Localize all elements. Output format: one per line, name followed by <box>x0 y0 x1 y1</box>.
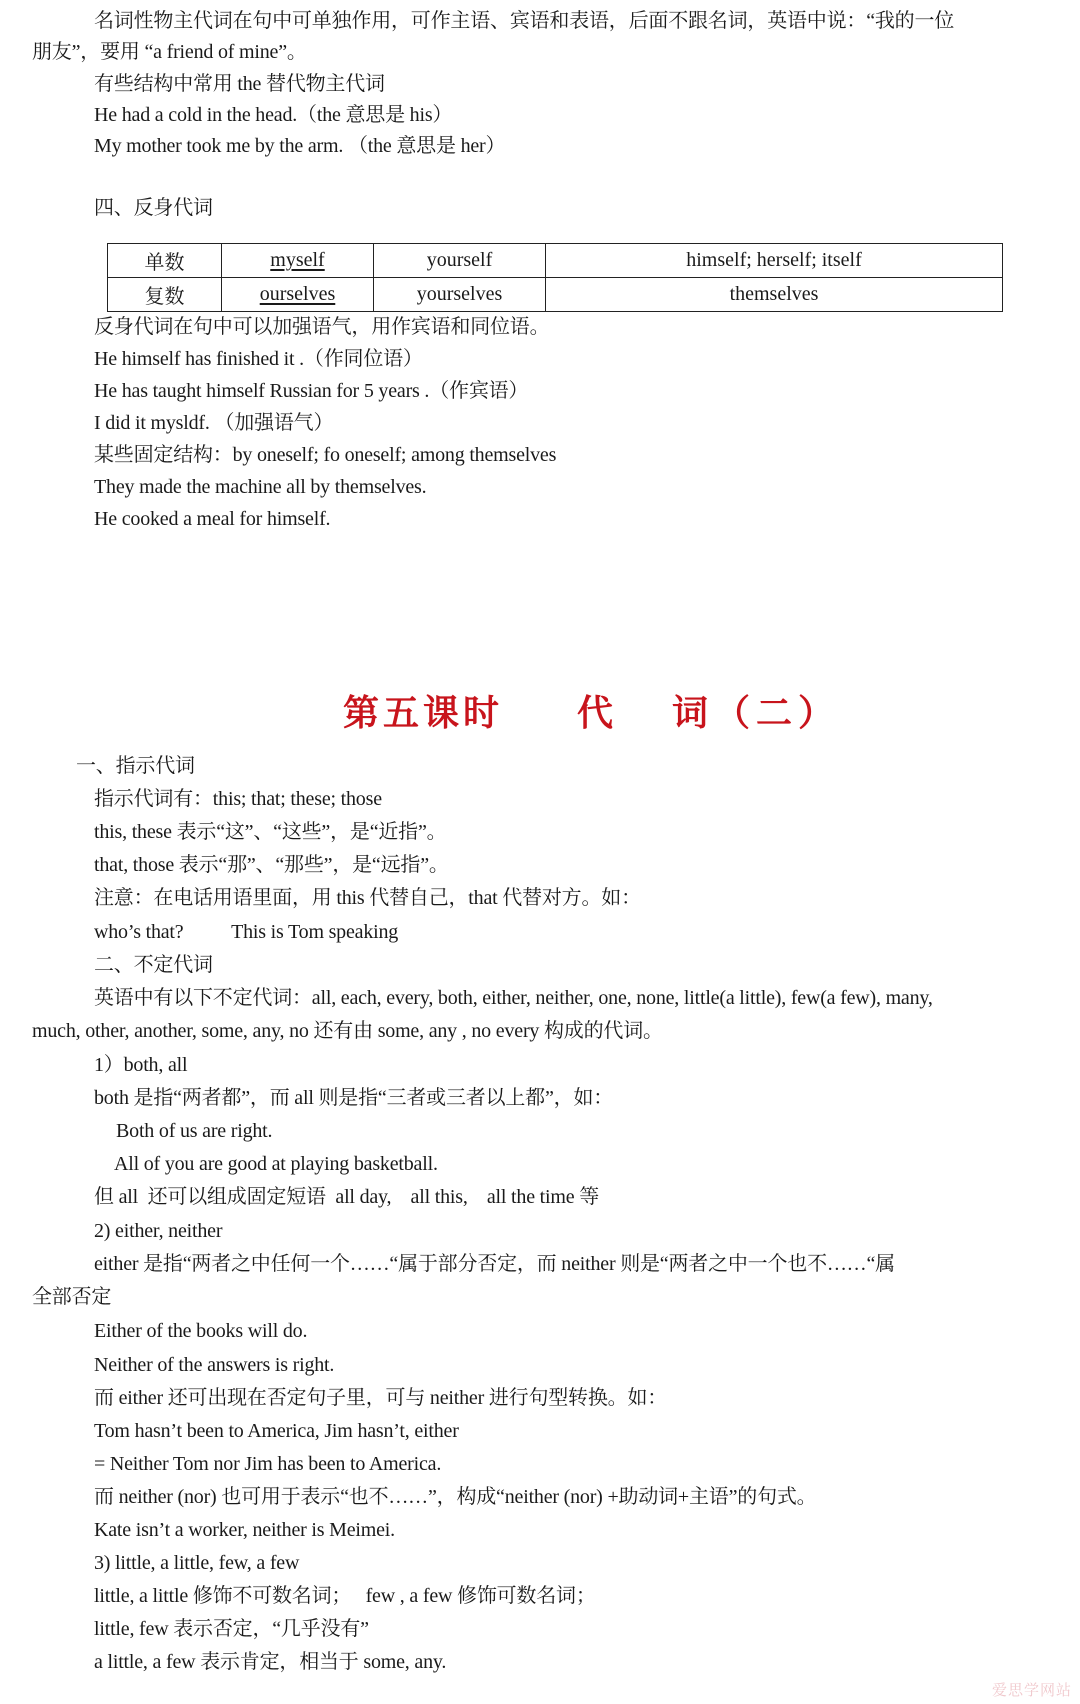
row-label: 复数 <box>108 278 222 312</box>
reflexive-heading: 四、反身代词 <box>94 195 213 221</box>
reflexive-line: 反身代词在句中可以加强语气，用作宾语和同位语。 <box>94 314 549 340</box>
little-few-line: little, few 表示否定，“几乎没有” <box>94 1616 369 1642</box>
indefinite-intro-line2: much, other, another, some, any, no 还有由 … <box>32 1018 663 1044</box>
example-sentence: He had a cold in the head.（the 意思是 his） <box>94 102 452 128</box>
table-cell: yourselves <box>374 278 546 312</box>
table-row-singular: 单数 myself yourself himself; herself; its… <box>108 244 1003 278</box>
reflexive-pronoun-table: 单数 myself yourself himself; herself; its… <box>107 243 1003 312</box>
table-row-plural: 复数 ourselves yourselves themselves <box>108 278 1003 312</box>
table-cell: yourself <box>374 244 546 278</box>
table-cell: themselves <box>546 278 1003 312</box>
demonstrative-line: 注意：在电话用语里面，用 this 代替自己，that 代替对方。如： <box>94 885 641 911</box>
table-cell: myself <box>222 244 374 278</box>
watermark: 爱思学网站 <box>992 1679 1072 1700</box>
fixed-phrases: 但 all 还可以组成固定短语 all day, all this, all t… <box>94 1184 599 1210</box>
either-neither-heading: 2) either, neither <box>94 1218 222 1244</box>
the-usage-note: 有些结构中常用 the 替代物主代词 <box>94 71 385 97</box>
either-neither-explain-line1: either 是指“两者之中任何一个……“属于部分否定，而 neither 则是… <box>94 1251 895 1277</box>
row-label: 单数 <box>108 244 222 278</box>
both-all-heading: 1）both, all <box>94 1052 187 1078</box>
demonstrative-line: that, those 表示“那”、“那些”，是“远指”。 <box>94 852 449 878</box>
reflexive-line: They made the machine all by themselves. <box>94 474 426 500</box>
both-all-explain: both 是指“两者都”，而 all 则是指“三者或三者以上都”，如： <box>94 1085 613 1111</box>
example-sentence: = Neither Tom nor Jim has been to Americ… <box>94 1451 441 1477</box>
example-sentence: Both of us are right. <box>116 1118 272 1144</box>
possessive-pronoun-paragraph-line2: 朋友”，要用 “a friend of mine”。 <box>32 39 307 65</box>
lesson-title-part2: 代 <box>577 692 613 736</box>
demonstrative-line: 指示代词有：this; that; these; those <box>94 786 382 812</box>
example-sentence: Either of the books will do. <box>94 1318 307 1344</box>
example-sentence: All of you are good at playing basketbal… <box>114 1151 438 1177</box>
little-few-line: a little, a few 表示肯定，相当于 some, any. <box>94 1649 446 1675</box>
neither-note: 而 neither (nor) 也可用于表示“也不……”，构成“neither … <box>94 1484 816 1510</box>
lesson-title-part1: 第五课时 <box>343 692 503 736</box>
table-cell: ourselves <box>222 278 374 312</box>
possessive-pronoun-paragraph-line1: 名词性物主代词在句中可单独作用，可作主语、宾语和表语，后面不跟名词，英语中说：“… <box>94 8 954 34</box>
demonstrative-line: this, these 表示“这”、“这些”，是“近指”。 <box>94 819 446 845</box>
example-sentence: Neither of the answers is right. <box>94 1352 334 1378</box>
indefinite-heading: 二、不定代词 <box>94 952 213 978</box>
table-cell: himself; herself; itself <box>546 244 1003 278</box>
reflexive-line: He has taught himself Russian for 5 year… <box>94 378 528 404</box>
either-neither-explain-line2: 全部否定 <box>32 1284 111 1310</box>
little-few-heading: 3) little, a little, few, a few <box>94 1550 299 1576</box>
example-sentence: Tom hasn’t been to America, Jim hasn’t, … <box>94 1418 459 1444</box>
example-sentence: My mother took me by the arm. （the 意思是 h… <box>94 133 505 159</box>
either-note: 而 either 还可出现在否定句子里，可与 neither 进行句型转换。如： <box>94 1385 667 1411</box>
reflexive-line: He himself has finished it .（作同位语） <box>94 346 423 372</box>
demonstrative-line: who’s that? This is Tom speaking <box>94 919 398 945</box>
lesson-title-part3: 词（二） <box>672 692 840 736</box>
demonstrative-heading: 一、指示代词 <box>76 753 195 779</box>
little-few-line: little, a little 修饰不可数名词； few , a few 修饰… <box>94 1583 596 1609</box>
reflexive-line: He cooked a meal for himself. <box>94 506 330 532</box>
reflexive-line: I did it mysldf. （加强语气） <box>94 410 333 436</box>
example-sentence: Kate isn’t a worker, neither is Meimei. <box>94 1517 395 1543</box>
indefinite-intro-line1: 英语中有以下不定代词：all, each, every, both, eithe… <box>94 985 933 1011</box>
reflexive-line: 某些固定结构：by oneself; fo oneself; among the… <box>94 442 556 468</box>
